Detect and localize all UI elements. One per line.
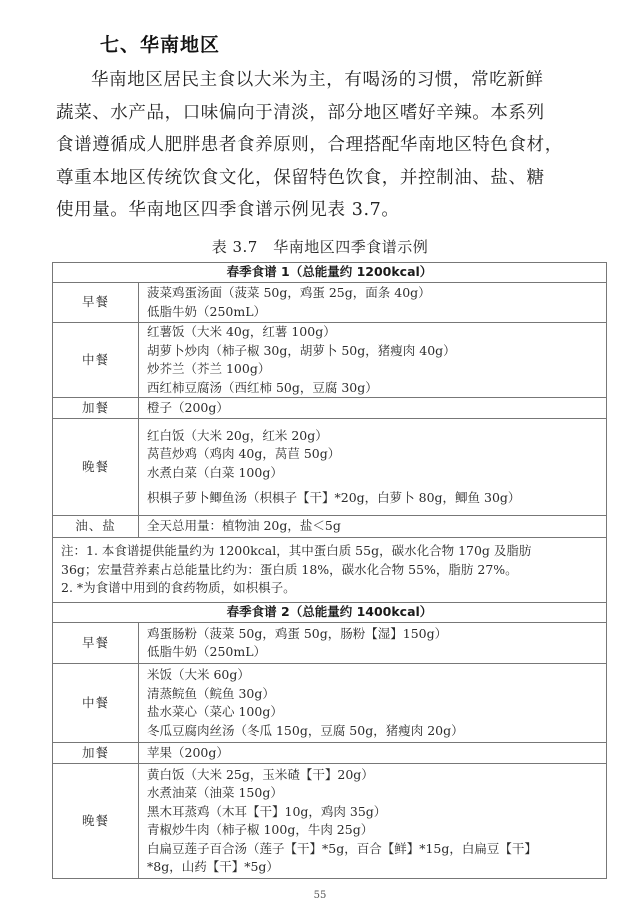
oil-salt-label: 油、盐 (53, 516, 139, 538)
dish: 清蒸鲩鱼（鲩鱼 30g） (147, 685, 606, 704)
oil-salt-text: 全天总用量：植物油 20g，盐＜5g (139, 516, 607, 538)
dish: 米饭（大米 60g） (147, 666, 606, 685)
dish: 胡萝卜炒肉（柿子椒 30g，胡萝卜 50g，猪瘦肉 40g） (147, 342, 606, 361)
dish: 冬瓜豆腐肉丝汤（冬瓜 150g，豆腐 50g，猪瘦肉 20g） (147, 722, 606, 741)
dish: 水煮油菜（油菜 150g） (147, 784, 606, 803)
meal-label-dinner: 晚餐 (53, 764, 139, 879)
dish: 水煮白菜（白菜 100g） (147, 464, 606, 483)
dish: 黄白饭（大米 25g，玉米碴【干】20g） (147, 766, 606, 785)
dish: 西红柿豆腐汤（西红柿 50g，豆腐 30g） (147, 379, 606, 398)
meal-label-dinner: 晚餐 (53, 419, 139, 516)
meal-items: 鸡蛋肠粉（菠菜 50g，鸡蛋 50g，肠粉【湿】150g） 低脂牛奶（250mL… (139, 623, 607, 664)
intro-paragraph: 华南地区居民主食以大米为主，有喝汤的习惯，常吃新鲜 蔬菜、水产品，口味偏向于清淡… (56, 64, 556, 227)
table-row: 中餐 米饭（大米 60g） 清蒸鲩鱼（鲩鱼 30g） 盐水菜心（菜心 100g）… (53, 664, 607, 743)
section-title: 七、华南地区 (100, 30, 220, 57)
table-row: 中餐 红薯饭（大米 40g，红薯 100g） 胡萝卜炒肉（柿子椒 30g，胡萝卜… (53, 323, 607, 398)
meal-items: 米饭（大米 60g） 清蒸鲩鱼（鲩鱼 30g） 盐水菜心（菜心 100g） 冬瓜… (139, 664, 607, 743)
dish: 鸡蛋肠粉（菠菜 50g，鸡蛋 50g，肠粉【湿】150g） (147, 625, 606, 644)
dish: 红薯饭（大米 40g，红薯 100g） (147, 323, 606, 342)
menu1-header: 春季食谱 1（总能量约 1200kcal） (53, 263, 607, 283)
note-line: 36g；宏量营养素占总能量比约为：蛋白质 18%，碳水化合物 55%，脂肪 27… (61, 561, 606, 580)
meal-items: 黄白饭（大米 25g，玉米碴【干】20g） 水煮油菜（油菜 150g） 黑木耳蒸… (139, 764, 607, 879)
meal-items: 菠菜鸡蛋汤面（菠菜 50g，鸡蛋 25g，面条 40g） 低脂牛奶（250mL） (139, 283, 607, 323)
dish: 低脂牛奶（250mL） (147, 303, 606, 322)
meal-items: 苹果（200g） (139, 743, 607, 764)
paragraph-line: 尊重本地区传统饮食文化，保留特色饮食，并控制油、盐、糖 (56, 162, 556, 195)
menu2-header-row: 春季食谱 2（总能量约 1400kcal） (53, 603, 607, 623)
table-caption: 表 3.7 华南地区四季食谱示例 (0, 236, 640, 257)
dish: 低脂牛奶（250mL） (147, 643, 606, 662)
meal-label-snack: 加餐 (53, 743, 139, 764)
dish: 黑木耳蒸鸡（木耳【干】10g，鸡肉 35g） (147, 803, 606, 822)
table-row: 早餐 鸡蛋肠粉（菠菜 50g，鸡蛋 50g，肠粉【湿】150g） 低脂牛奶（25… (53, 623, 607, 664)
dish: *8g，山药【干】*5g） (147, 858, 606, 877)
table-row: 油、盐 全天总用量：植物油 20g，盐＜5g (53, 516, 607, 538)
table-row: 晚餐 红白饭（大米 20g，红米 20g） 莴苣炒鸡（鸡肉 40g，莴苣 50g… (53, 419, 607, 516)
meal-label-lunch: 中餐 (53, 323, 139, 398)
dish: 橙子（200g） (147, 399, 606, 418)
menu1-notes: 注：1. 本食谱提供能量约为 1200kcal，其中蛋白质 55g，碳水化合物 … (53, 538, 607, 603)
meal-label-breakfast: 早餐 (53, 283, 139, 323)
paragraph-line: 使用量。华南地区四季食谱示例见表 3.7。 (56, 194, 556, 227)
dish: 炒芥兰（芥兰 100g） (147, 360, 606, 379)
dish: 青椒炒牛肉（柿子椒 100g，牛肉 25g） (147, 821, 606, 840)
dish: 红白饭（大米 20g，红米 20g） (147, 427, 606, 446)
meal-label-lunch: 中餐 (53, 664, 139, 743)
paragraph-line: 蔬菜、水产品，口味偏向于清淡，部分地区嗜好辛辣。本系列 (56, 97, 556, 130)
table-row: 加餐 橙子（200g） (53, 398, 607, 419)
menu1-header-row: 春季食谱 1（总能量约 1200kcal） (53, 263, 607, 283)
dish: 枳椇子萝卜鲫鱼汤（枳椇子【干】*20g，白萝卜 80g，鲫鱼 30g） (147, 482, 606, 508)
dish: 苹果（200g） (147, 744, 606, 763)
menu2-header: 春季食谱 2（总能量约 1400kcal） (53, 603, 607, 623)
table-row: 加餐 苹果（200g） (53, 743, 607, 764)
dish: 盐水菜心（菜心 100g） (147, 703, 606, 722)
dish: 菠菜鸡蛋汤面（菠菜 50g，鸡蛋 25g，面条 40g） (147, 284, 606, 303)
table-row: 晚餐 黄白饭（大米 25g，玉米碴【干】20g） 水煮油菜（油菜 150g） 黑… (53, 764, 607, 879)
meal-items: 红白饭（大米 20g，红米 20g） 莴苣炒鸡（鸡肉 40g，莴苣 50g） 水… (139, 419, 607, 516)
meal-label-snack: 加餐 (53, 398, 139, 419)
meal-label-breakfast: 早餐 (53, 623, 139, 664)
table-row: 早餐 菠菜鸡蛋汤面（菠菜 50g，鸡蛋 25g，面条 40g） 低脂牛奶（250… (53, 283, 607, 323)
meal-items: 红薯饭（大米 40g，红薯 100g） 胡萝卜炒肉（柿子椒 30g，胡萝卜 50… (139, 323, 607, 398)
dish: 莴苣炒鸡（鸡肉 40g，莴苣 50g） (147, 445, 606, 464)
meal-items: 橙子（200g） (139, 398, 607, 419)
note-line: 2. *为食谱中用到的食药物质，如枳椇子。 (61, 579, 606, 598)
note-line: 注：1. 本食谱提供能量约为 1200kcal，其中蛋白质 55g，碳水化合物 … (61, 542, 606, 561)
dish: 白扁豆莲子百合汤（莲子【干】*5g，百合【鲜】*15g，白扁豆【干】 (147, 840, 606, 859)
paragraph-line: 华南地区居民主食以大米为主，有喝汤的习惯，常吃新鲜 (56, 64, 556, 97)
menu-table: 春季食谱 1（总能量约 1200kcal） 早餐 菠菜鸡蛋汤面（菠菜 50g，鸡… (52, 262, 607, 879)
notes-row: 注：1. 本食谱提供能量约为 1200kcal，其中蛋白质 55g，碳水化合物 … (53, 538, 607, 603)
page-number: 55 (0, 890, 640, 901)
paragraph-line: 食谱遵循成人肥胖患者食养原则，合理搭配华南地区特色食材， (56, 129, 556, 162)
